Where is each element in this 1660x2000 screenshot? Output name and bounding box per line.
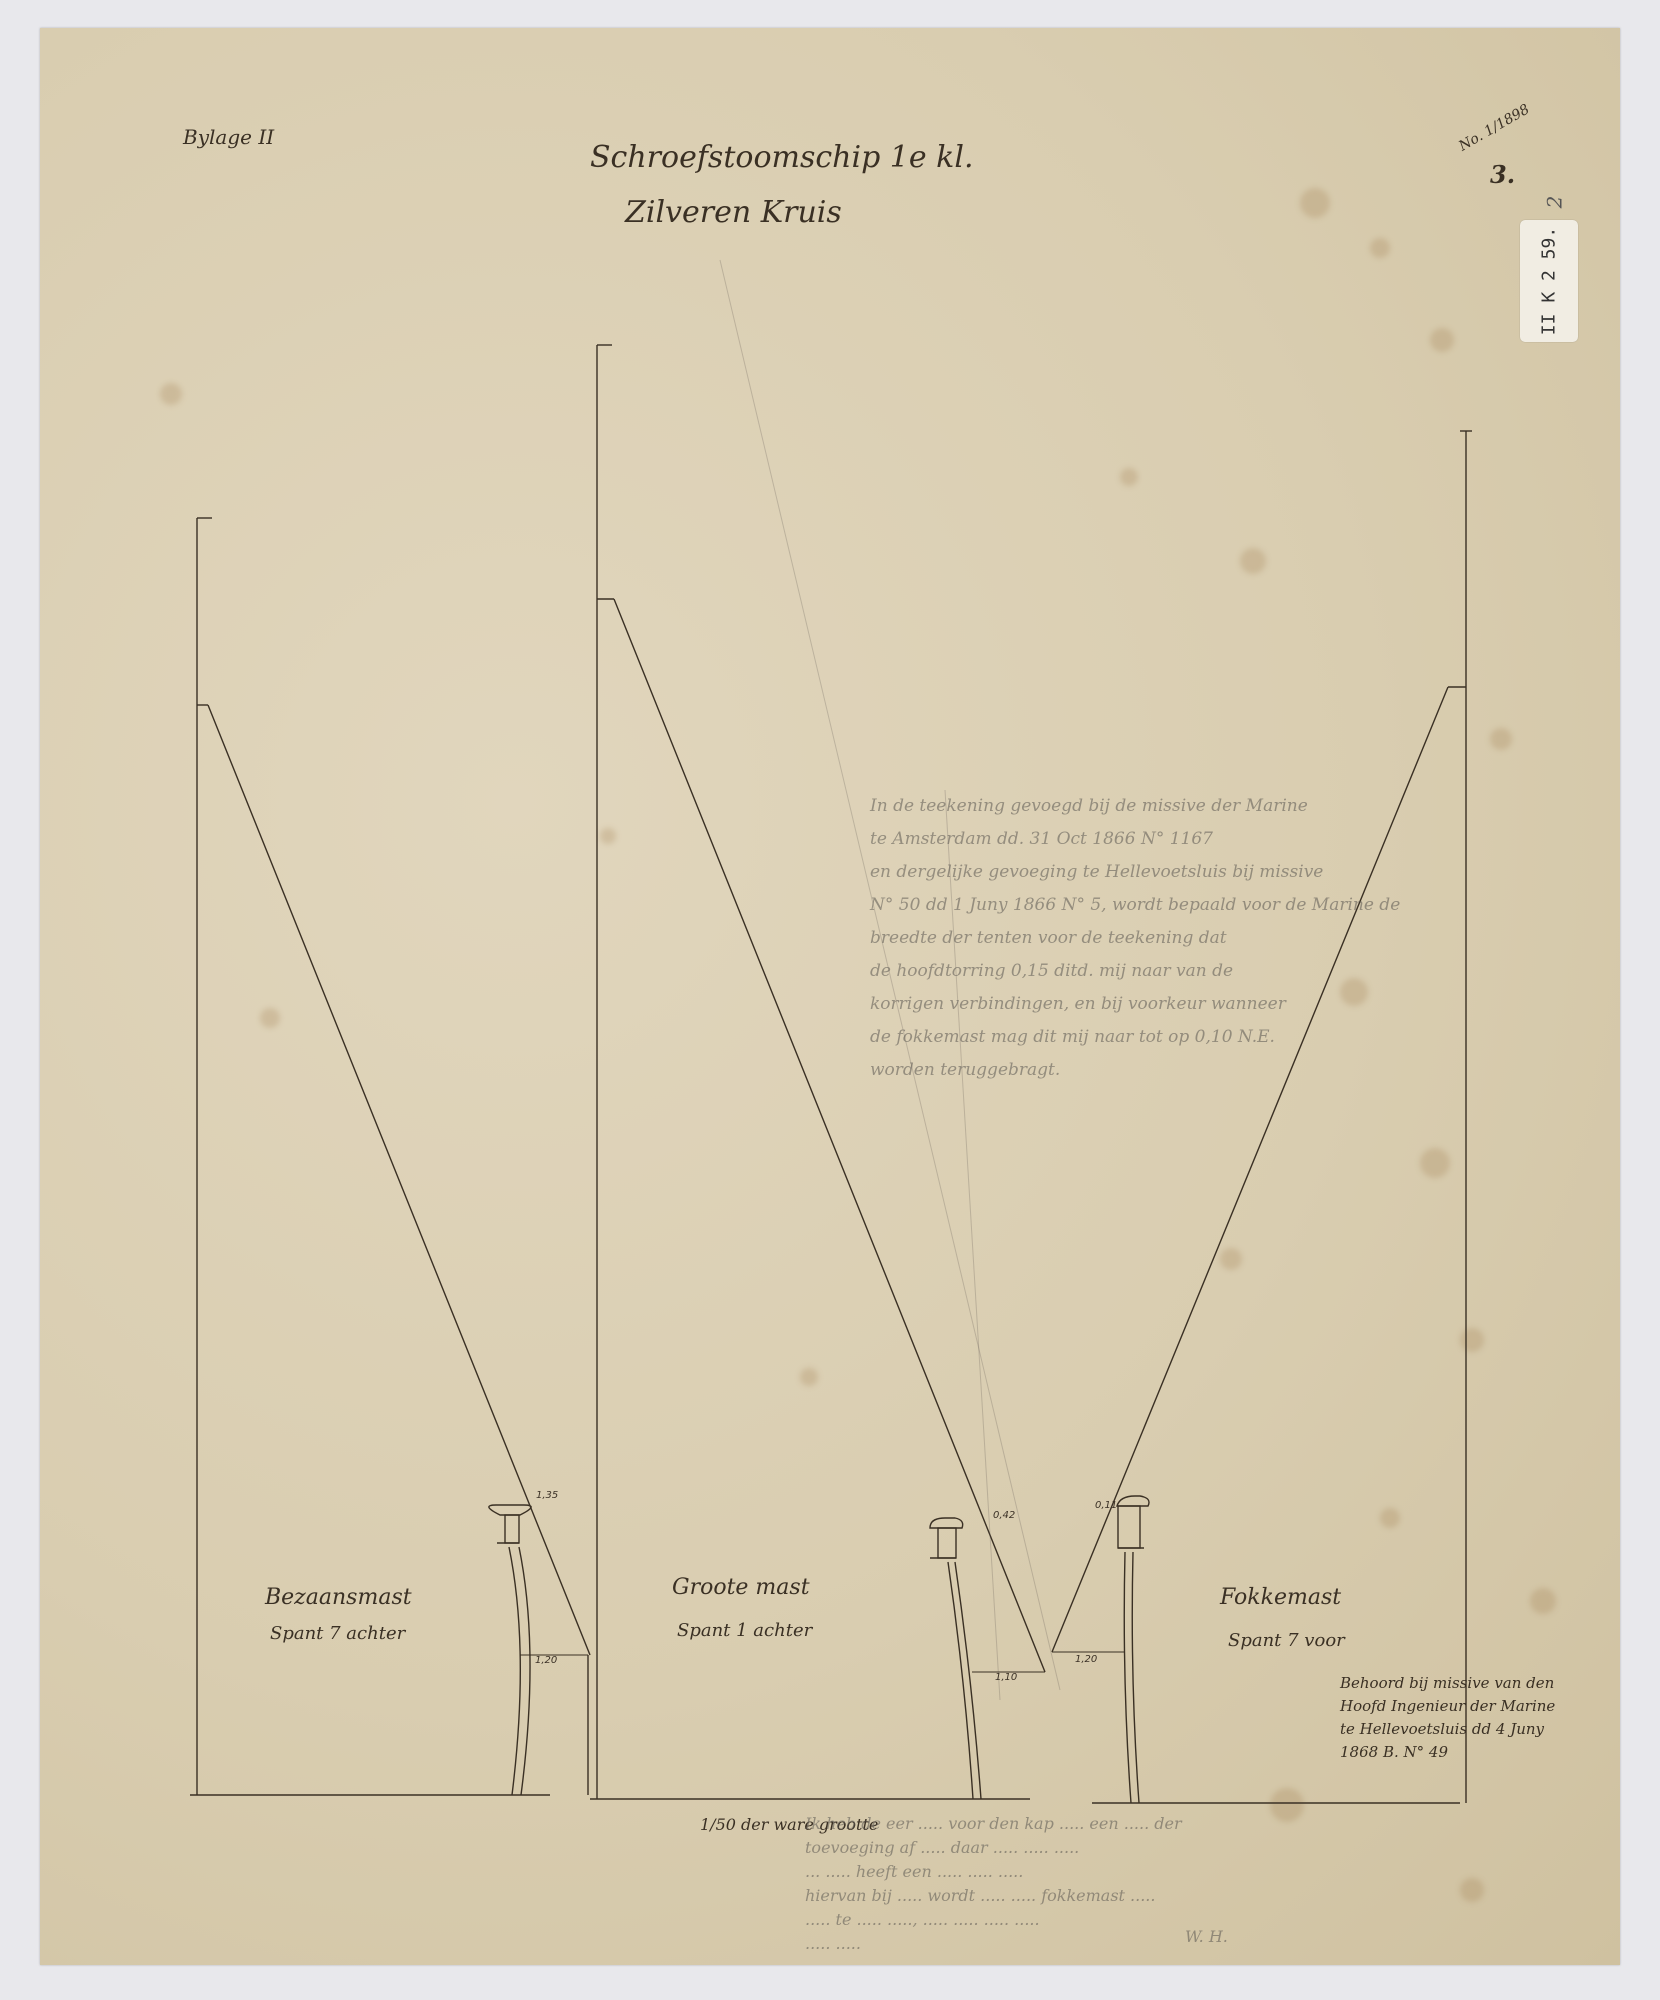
dimension-bezaan-base: 1,20 — [535, 1655, 557, 1666]
top-right-number: 3. — [1490, 160, 1515, 189]
groote-stay-line — [614, 599, 1045, 1672]
mast-label-bezaan: Bezaansmast — [265, 1585, 412, 1610]
bottom-signature: W. H. — [1185, 1920, 1228, 1953]
mast-label-fokke: Fokkemast — [1220, 1585, 1341, 1610]
mast-position-groote: Spant 1 achter — [677, 1620, 812, 1641]
archive-label: II K 2 59. — [1539, 227, 1560, 335]
title-line-2: Zilveren Kruis — [625, 195, 842, 230]
dimension-fokke-base: 1,20 — [1075, 1654, 1097, 1665]
edge-number: 2 — [1542, 196, 1566, 209]
annex-label: Bylage II — [183, 125, 274, 149]
archive-label-card: II K 2 59. — [1520, 220, 1578, 342]
mast-position-fokke: Spant 7 voor — [1228, 1630, 1345, 1651]
dimension-groote-base: 1,10 — [995, 1672, 1017, 1683]
dimension-bezaan-top: 1,35 — [536, 1490, 558, 1501]
bottom-pencil-note: Ik heb de eer ..... voor den kap ..... e… — [805, 1812, 1182, 1956]
approval-note: Behoord bij missive van den Hoofd Ingeni… — [1340, 1672, 1555, 1764]
dimension-fokke-top: 0,11 — [1095, 1500, 1117, 1511]
bezaan-stay-line — [208, 705, 590, 1655]
mast-position-bezaan: Spant 7 achter — [270, 1623, 405, 1644]
pencil-note: In de teekening gevoegd bij de missive d… — [870, 790, 1400, 1087]
mast-label-groote: Groote mast — [672, 1575, 810, 1600]
title-line-1: Schroefstoomschip 1e kl. — [590, 140, 974, 175]
dimension-groote-top: 0,42 — [993, 1510, 1015, 1521]
